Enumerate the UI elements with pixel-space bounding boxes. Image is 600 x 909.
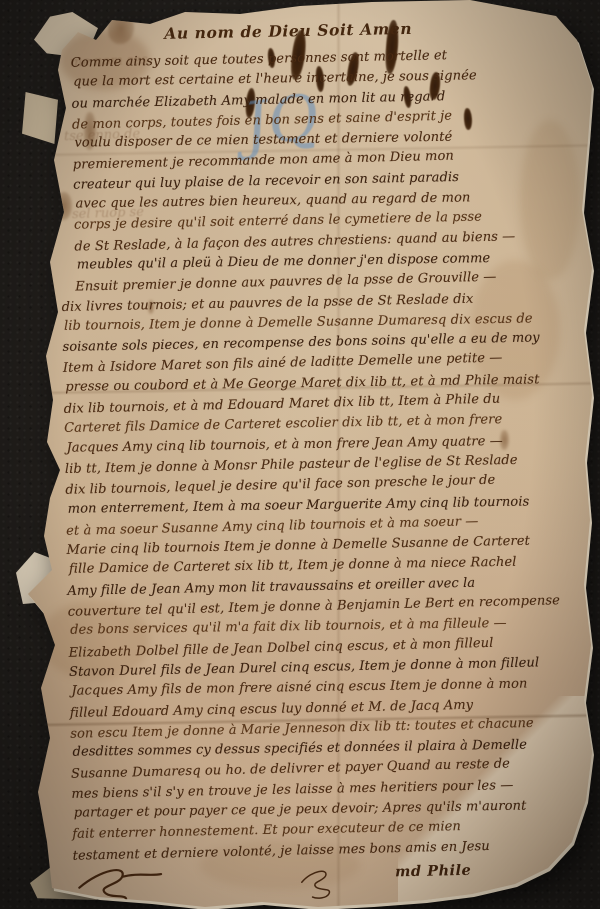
- paper-wrap: me nom ses tse enno de sel ruop se JQ Au…: [0, 0, 600, 909]
- signature-note: md Phile: [395, 862, 472, 881]
- signature-row: md Phile: [73, 851, 592, 909]
- manuscript-title: Au nom de Dieu Soit Amen: [56, 14, 574, 48]
- manuscript-text-block: Au nom de Dieu Soit Amen Comme ainsy soi…: [56, 14, 592, 909]
- paraphe-flourish-icon: [299, 868, 345, 902]
- photo-backdrop: me nom ses tse enno de sel ruop se JQ Au…: [0, 0, 600, 909]
- manuscript-paper: me nom ses tse enno de sel ruop se JQ Au…: [0, 0, 600, 909]
